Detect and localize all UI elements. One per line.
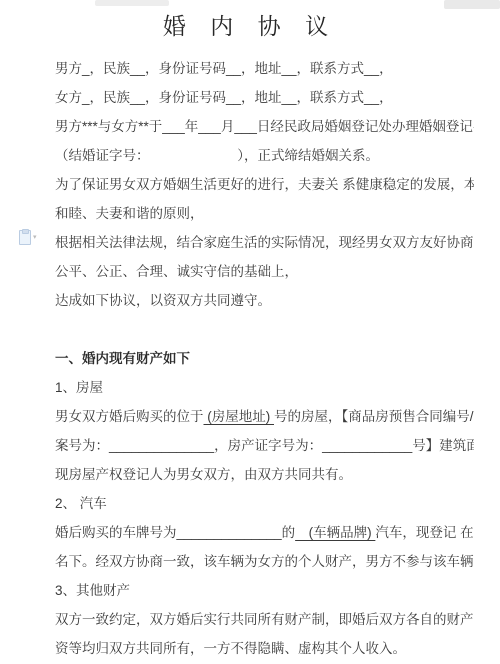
text-line: 公平、公正、合理、诚实守信的基础上，: [55, 257, 474, 286]
text-segment: 婚后购买的车牌号为______________的: [55, 525, 295, 540]
text-segment: 2、 汽车: [55, 496, 107, 511]
item-heading-house: 1、房屋: [55, 373, 474, 402]
text-line: 根据相关法律法规，结合家庭生活的实际情况，现经男女双方友好协商一致，在: [55, 228, 474, 257]
section-heading-assets: 一、婚内现有财产如下: [55, 344, 474, 373]
text-line: 案号为：______________，房产证字号为：____________号】…: [55, 431, 474, 460]
text-segment: 案号为：______________，房产证字号为：____________号】…: [55, 438, 474, 453]
text-segment: 号的房屋，【商品房预售合同编号/网签备: [274, 409, 474, 424]
text-segment: 双方一致约定，双方婚后实行共同所有财产制，即婚后双方各自的财产收入、投: [55, 612, 474, 627]
text-segment: 为了保证男女双方婚姻生活更好的进行，夫妻关 系健康稳定的发展，本着家庭: [55, 177, 474, 192]
document-body: 男方_，民族__，身份证号码__，地址__，联系方式__，女方_，民族__，身份…: [55, 54, 474, 663]
text-segment: 1、房屋: [55, 380, 103, 395]
text-segment: 现房屋产权登记人为男女双方，由双方共同共有。: [55, 467, 352, 482]
text-segment: 公平、公正、合理、诚实守信的基础上，: [55, 264, 298, 279]
document-title: 婚 内 协 议: [0, 10, 500, 42]
text-line: 资等均归双方共同所有，一方不得隐瞒、虚构其个人收入。: [55, 634, 474, 663]
text-segment: 男方_，民族__，身份证号码__，地址__，联系方式__，: [55, 61, 393, 76]
text-segment: 3、其他财产: [55, 583, 130, 598]
text-segment: 汽车，现登记 在男方: [375, 525, 474, 540]
text-line: 男女双方婚后购买的位于 (房屋地址) 号的房屋，【商品房预售合同编号/网签备: [55, 402, 474, 431]
text-segment: 和睦、夫妻和谐的原则，: [55, 206, 204, 221]
text-line: 女方_，民族__，身份证号码__，地址__，联系方式__，: [55, 83, 474, 112]
text-line: 男方***与女方**于___年___月___日经民政局婚姻登记处办理婚姻登记手续: [55, 112, 474, 141]
text-line: 名下。经双方协商一致，该车辆为女方的个人财产，男方不参与该车辆的分割。: [55, 547, 474, 576]
text-segment: 根据相关法律法规，结合家庭生活的实际情况，现经男女双方友好协商一致，在: [55, 235, 474, 250]
text-segment: 男女双方婚后购买的位于: [55, 409, 204, 424]
text-line: 双方一致约定，双方婚后实行共同所有财产制，即婚后双方各自的财产收入、投: [55, 605, 474, 634]
text-segment: 女方_，民族__，身份证号码__，地址__，联系方式__，: [55, 90, 393, 105]
text-line: 为了保证男女双方婚姻生活更好的进行，夫妻关 系健康稳定的发展，本着家庭: [55, 170, 474, 199]
clipboard-icon: [19, 230, 31, 245]
text-line: 男方_，民族__，身份证号码__，地址__，联系方式__，: [55, 54, 474, 83]
text-segment: 资等均归双方共同所有，一方不得隐瞒、虚构其个人收入。: [55, 641, 406, 656]
text-line: 婚后购买的车牌号为______________的 (车辆品牌) 汽车，现登记 在…: [55, 518, 474, 547]
text-line: 和睦、夫妻和谐的原则，: [55, 199, 474, 228]
paste-options-button[interactable]: ▾: [19, 230, 37, 245]
toolbar-remnant-right: [444, 0, 500, 9]
text-line: 达成如下协议，以资双方共同遵守。: [55, 286, 474, 315]
text-segment: 一、婚内现有财产如下: [55, 351, 190, 366]
text-line: （结婚证字号： ），正式缔结婚姻关系。: [55, 141, 474, 170]
fill-in-blank: (房屋地址): [204, 409, 275, 424]
document-page: 婚 内 协 议 ▾ 男方_，民族__，身份证号码__，地址__，联系方式__，女…: [0, 0, 500, 664]
toolbar-remnant-left: [95, 0, 169, 6]
fill-in-blank: (车辆品牌): [295, 525, 375, 540]
text-segment: 达成如下协议，以资双方共同遵守。: [55, 293, 271, 308]
blank-line: [55, 315, 474, 344]
chevron-down-icon: ▾: [33, 234, 37, 241]
text-segment: 男方***与女方**于___年___月___日经民政局婚姻登记处办理婚姻登记手续: [55, 119, 474, 134]
text-segment: （结婚证字号： ），正式缔结婚姻关系。: [55, 148, 379, 163]
item-heading-car: 2、 汽车: [55, 489, 474, 518]
text-segment: 名下。经双方协商一致，该车辆为女方的个人财产，男方不参与该车辆的分割。: [55, 554, 474, 569]
item-heading-other-assets: 3、其他财产: [55, 576, 474, 605]
text-line: 现房屋产权登记人为男女双方，由双方共同共有。: [55, 460, 474, 489]
